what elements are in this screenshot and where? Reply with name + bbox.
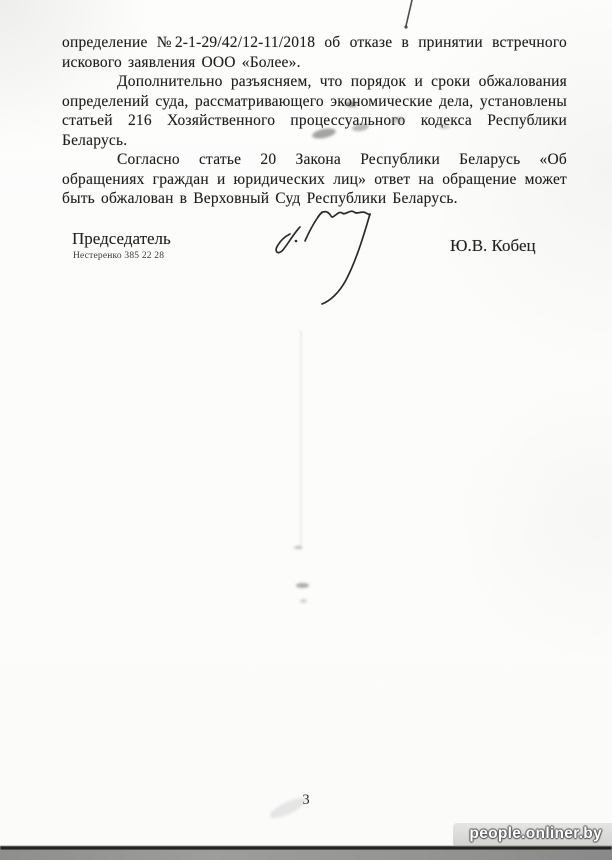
scanned-document-page: определение №2-1-29/42/12-11/2018 об отк…	[0, 0, 612, 860]
executor-note: Нестеренко 385 22 28	[73, 251, 164, 261]
document-body: определение №2-1-29/42/12-11/2018 об отк…	[62, 33, 567, 209]
watermark-badge: people.onliner.by	[453, 823, 612, 847]
ink-smudge	[438, 124, 450, 129]
paper-speck	[296, 583, 309, 588]
signature-ink	[268, 198, 380, 308]
ink-smudge	[346, 101, 357, 107]
paper-speck	[294, 546, 302, 549]
paragraph-continuation: определение №2-1-29/42/12-11/2018 об отк…	[62, 33, 567, 72]
paper-speck	[300, 599, 307, 603]
paper-fold-line	[300, 330, 302, 550]
pen-stroke-mark	[395, 0, 425, 34]
scanner-background	[0, 850, 612, 860]
signer-name: Ю.В. Кобец	[450, 236, 536, 256]
signer-title: Председатель	[72, 229, 171, 249]
